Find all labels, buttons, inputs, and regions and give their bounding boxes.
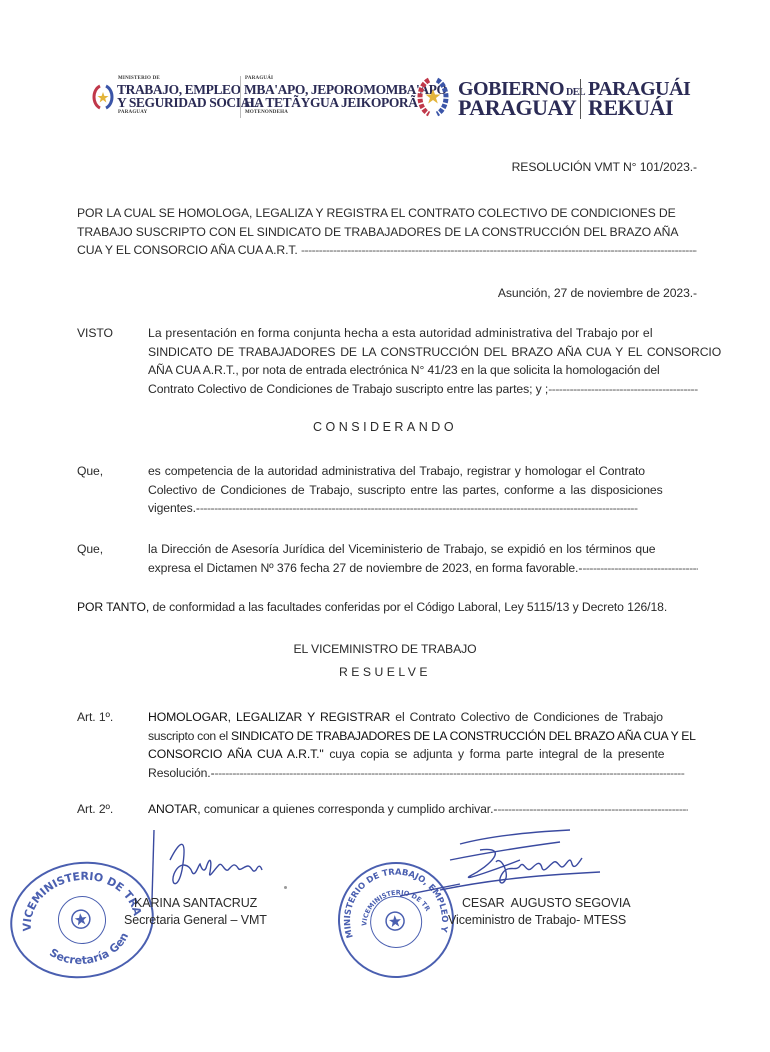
visto-line: SINDICATO DE TRABAJADORES DE LA CONSTRUC…: [148, 343, 698, 362]
por-tanto-label: POR TANTO,: [77, 600, 149, 614]
dash-fill: ----------------------------------------…: [200, 501, 638, 515]
article-1-label: Art. 1º.: [77, 708, 113, 727]
article-text: comunicar a quienes corresponda y cumpli…: [204, 802, 497, 816]
article-2-body: ANOTAR, comunicar a quienes corresponda …: [148, 800, 688, 819]
logo2-line2: HA TETÃYGUA JEIKOPORÃ: [244, 96, 418, 110]
considerando-line-text: expresa el Dictamen Nº 376 fecha 27 de n…: [148, 561, 582, 575]
considerando-line-text: vigentes.-: [148, 501, 200, 515]
article-lead: HOMOLOGAR, LEGALIZAR Y REGISTRAR: [148, 710, 390, 724]
signer-1-title: Secretaria General – VMT: [124, 911, 267, 930]
considerando-line: es competencia de la autoridad administr…: [148, 462, 698, 481]
article-line-last: Resolución.-----------------------------…: [148, 764, 698, 783]
resuelve-heading: RESUELVE: [0, 663, 770, 682]
dash-fill: ----------------------------------------…: [548, 382, 698, 396]
signer-2-name: CESAR AUGUSTO SEGOVIA: [462, 894, 630, 913]
gobierno-divider: [580, 79, 581, 119]
por-tanto: POR TANTO, de conformidad a las facultad…: [77, 598, 667, 617]
resolution-title: POR LA CUAL SE HOMOLOGA, LEGALIZA Y REGI…: [77, 204, 697, 260]
gobierno-line2: PARAGUAY: [458, 98, 576, 118]
considerando-line: Colectivo de Condiciones de Trabajo, sus…: [148, 481, 698, 500]
visto-label: VISTO: [77, 324, 113, 343]
dash-fill: ----------------------------------------…: [301, 243, 697, 257]
article-text: suscripto con el: [148, 729, 228, 743]
dash-fill: ----------------------------------------…: [497, 802, 688, 816]
logo1-bottom-small: PARAGUAY: [118, 110, 147, 115]
visto-line-text: Contrato Colectivo de Condiciones de Tra…: [148, 382, 548, 396]
stamp-star-icon: [383, 909, 406, 932]
article-bold-text: CONSORCIO AÑA CUA A.R.T.": [148, 747, 324, 761]
logo1-top-small: MINISTERIO DE: [118, 76, 160, 81]
dash-fill: ----------------------------------------…: [215, 766, 685, 780]
que-label-2: Que,: [77, 540, 103, 559]
article-text: cuya copia se adjunta y forma parte inte…: [329, 747, 664, 761]
title-line: POR LA CUAL SE HOMOLOGA, LEGALIZA Y REGI…: [77, 204, 697, 223]
visto-line: La presentación en forma conjunta hecha …: [148, 324, 698, 343]
article-text: el Contrato Colectivo de Condiciones de …: [395, 710, 663, 724]
logo2-bottom-small: MOTENONDEHA: [245, 110, 288, 115]
article-lead: ANOTAR,: [148, 802, 201, 816]
dash-fill: ----------------------------------------…: [582, 561, 698, 575]
signer-2-title: Viceministro de Trabajo- MTESS: [448, 911, 626, 930]
stamp-star-icon: [68, 907, 93, 932]
gobierno-laurel-icon: [414, 76, 452, 118]
header-divider: [240, 76, 241, 118]
logo2-top-small: PARAGUÁI: [245, 76, 273, 81]
considerando-2-body: la Dirección de Asesoría Jurídica del Vi…: [148, 540, 698, 577]
authority-heading: EL VICEMINISTRO DE TRABAJO: [0, 640, 770, 659]
article-text: Resolución.-: [148, 766, 215, 780]
title-line-text: CUA Y EL CONSORCIO AÑA CUA A.R.T.: [77, 243, 298, 257]
considerando-line: la Dirección de Asesoría Jurídica del Vi…: [148, 540, 698, 559]
article-line: suscripto con el SINDICATO DE TRABAJADOR…: [148, 727, 698, 746]
article-line: HOMOLOGAR, LEGALIZAR Y REGISTRAR el Cont…: [148, 708, 698, 727]
header-logos: MINISTERIO DE TRABAJO, EMPLEO Y SEGURIDA…: [88, 74, 688, 124]
por-tanto-text: de conformidad a las facultades conferid…: [152, 600, 667, 614]
resolution-number: RESOLUCIÓN VMT N° 101/2023.-: [512, 158, 697, 177]
rekuai-word: REKUÁI: [588, 98, 673, 118]
considerando-line-last: expresa el Dictamen Nº 376 fecha 27 de n…: [148, 559, 698, 578]
title-line: TRABAJO SUSCRIPTO CON EL SINDICATO DE TR…: [77, 223, 697, 242]
considerando-heading: CONSIDERANDO: [0, 418, 770, 437]
place-date: Asunción, 27 de noviembre de 2023.-: [498, 284, 697, 303]
article-1-body: HOMOLOGAR, LEGALIZAR Y REGISTRAR el Cont…: [148, 708, 698, 782]
article-line: CONSORCIO AÑA CUA A.R.T." cuya copia se …: [148, 745, 698, 764]
logo1-line2: Y SEGURIDAD SOCIAL: [117, 96, 259, 110]
visto-line: AÑA CUA A.R.T., por nota de entrada elec…: [148, 361, 698, 380]
article-2-label: Art. 2º.: [77, 800, 113, 819]
considerando-line-last: vigentes.-------------------------------…: [148, 499, 698, 518]
visto-body: La presentación en forma conjunta hecha …: [148, 324, 698, 398]
paraguay-coat-of-arms-icon: [90, 83, 116, 111]
signer-1-name: KARINA SANTACRUZ: [134, 894, 257, 913]
considerando-1-body: es competencia de la autoridad administr…: [148, 462, 698, 518]
title-line-last: CUA Y EL CONSORCIO AÑA CUA A.R.T. ------…: [77, 241, 697, 260]
que-label-1: Que,: [77, 462, 103, 481]
visto-line-last: Contrato Colectivo de Condiciones de Tra…: [148, 380, 698, 399]
signature-dot: [284, 886, 287, 889]
article-bold-text: SINDICATO DE TRABAJADORES DE LA CONSTRUC…: [231, 729, 696, 743]
